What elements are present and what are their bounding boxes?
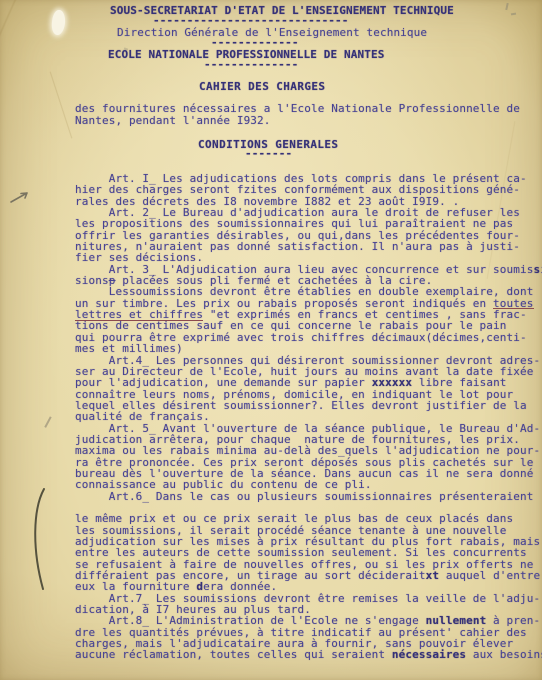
dashed-rule: -------------- <box>204 59 298 70</box>
dashed-rule: ------------- <box>211 37 299 48</box>
body-text: Art. I_ Les adjudications des lots compr… <box>75 173 542 661</box>
intro-line: Nantes, pendant l'année I932. <box>75 115 271 126</box>
dashed-rule: ------- <box>245 148 292 159</box>
intro-line: des fournitures nécessaires a l'Ecole Na… <box>75 103 520 114</box>
scanned-document-page: SOUS-SECRETARIAT D'ETAT DE L'ENSEIGNEMEN… <box>0 0 542 680</box>
document-title: CAHIER DES CHARGES <box>199 81 325 92</box>
dashed-rule: ----------------------------- <box>153 15 349 26</box>
body-line: aucune réclamation, toutes celles qui se… <box>75 649 542 660</box>
body-line: Art.6_ Dans le cas ou plusieurs soumissi… <box>75 491 542 502</box>
